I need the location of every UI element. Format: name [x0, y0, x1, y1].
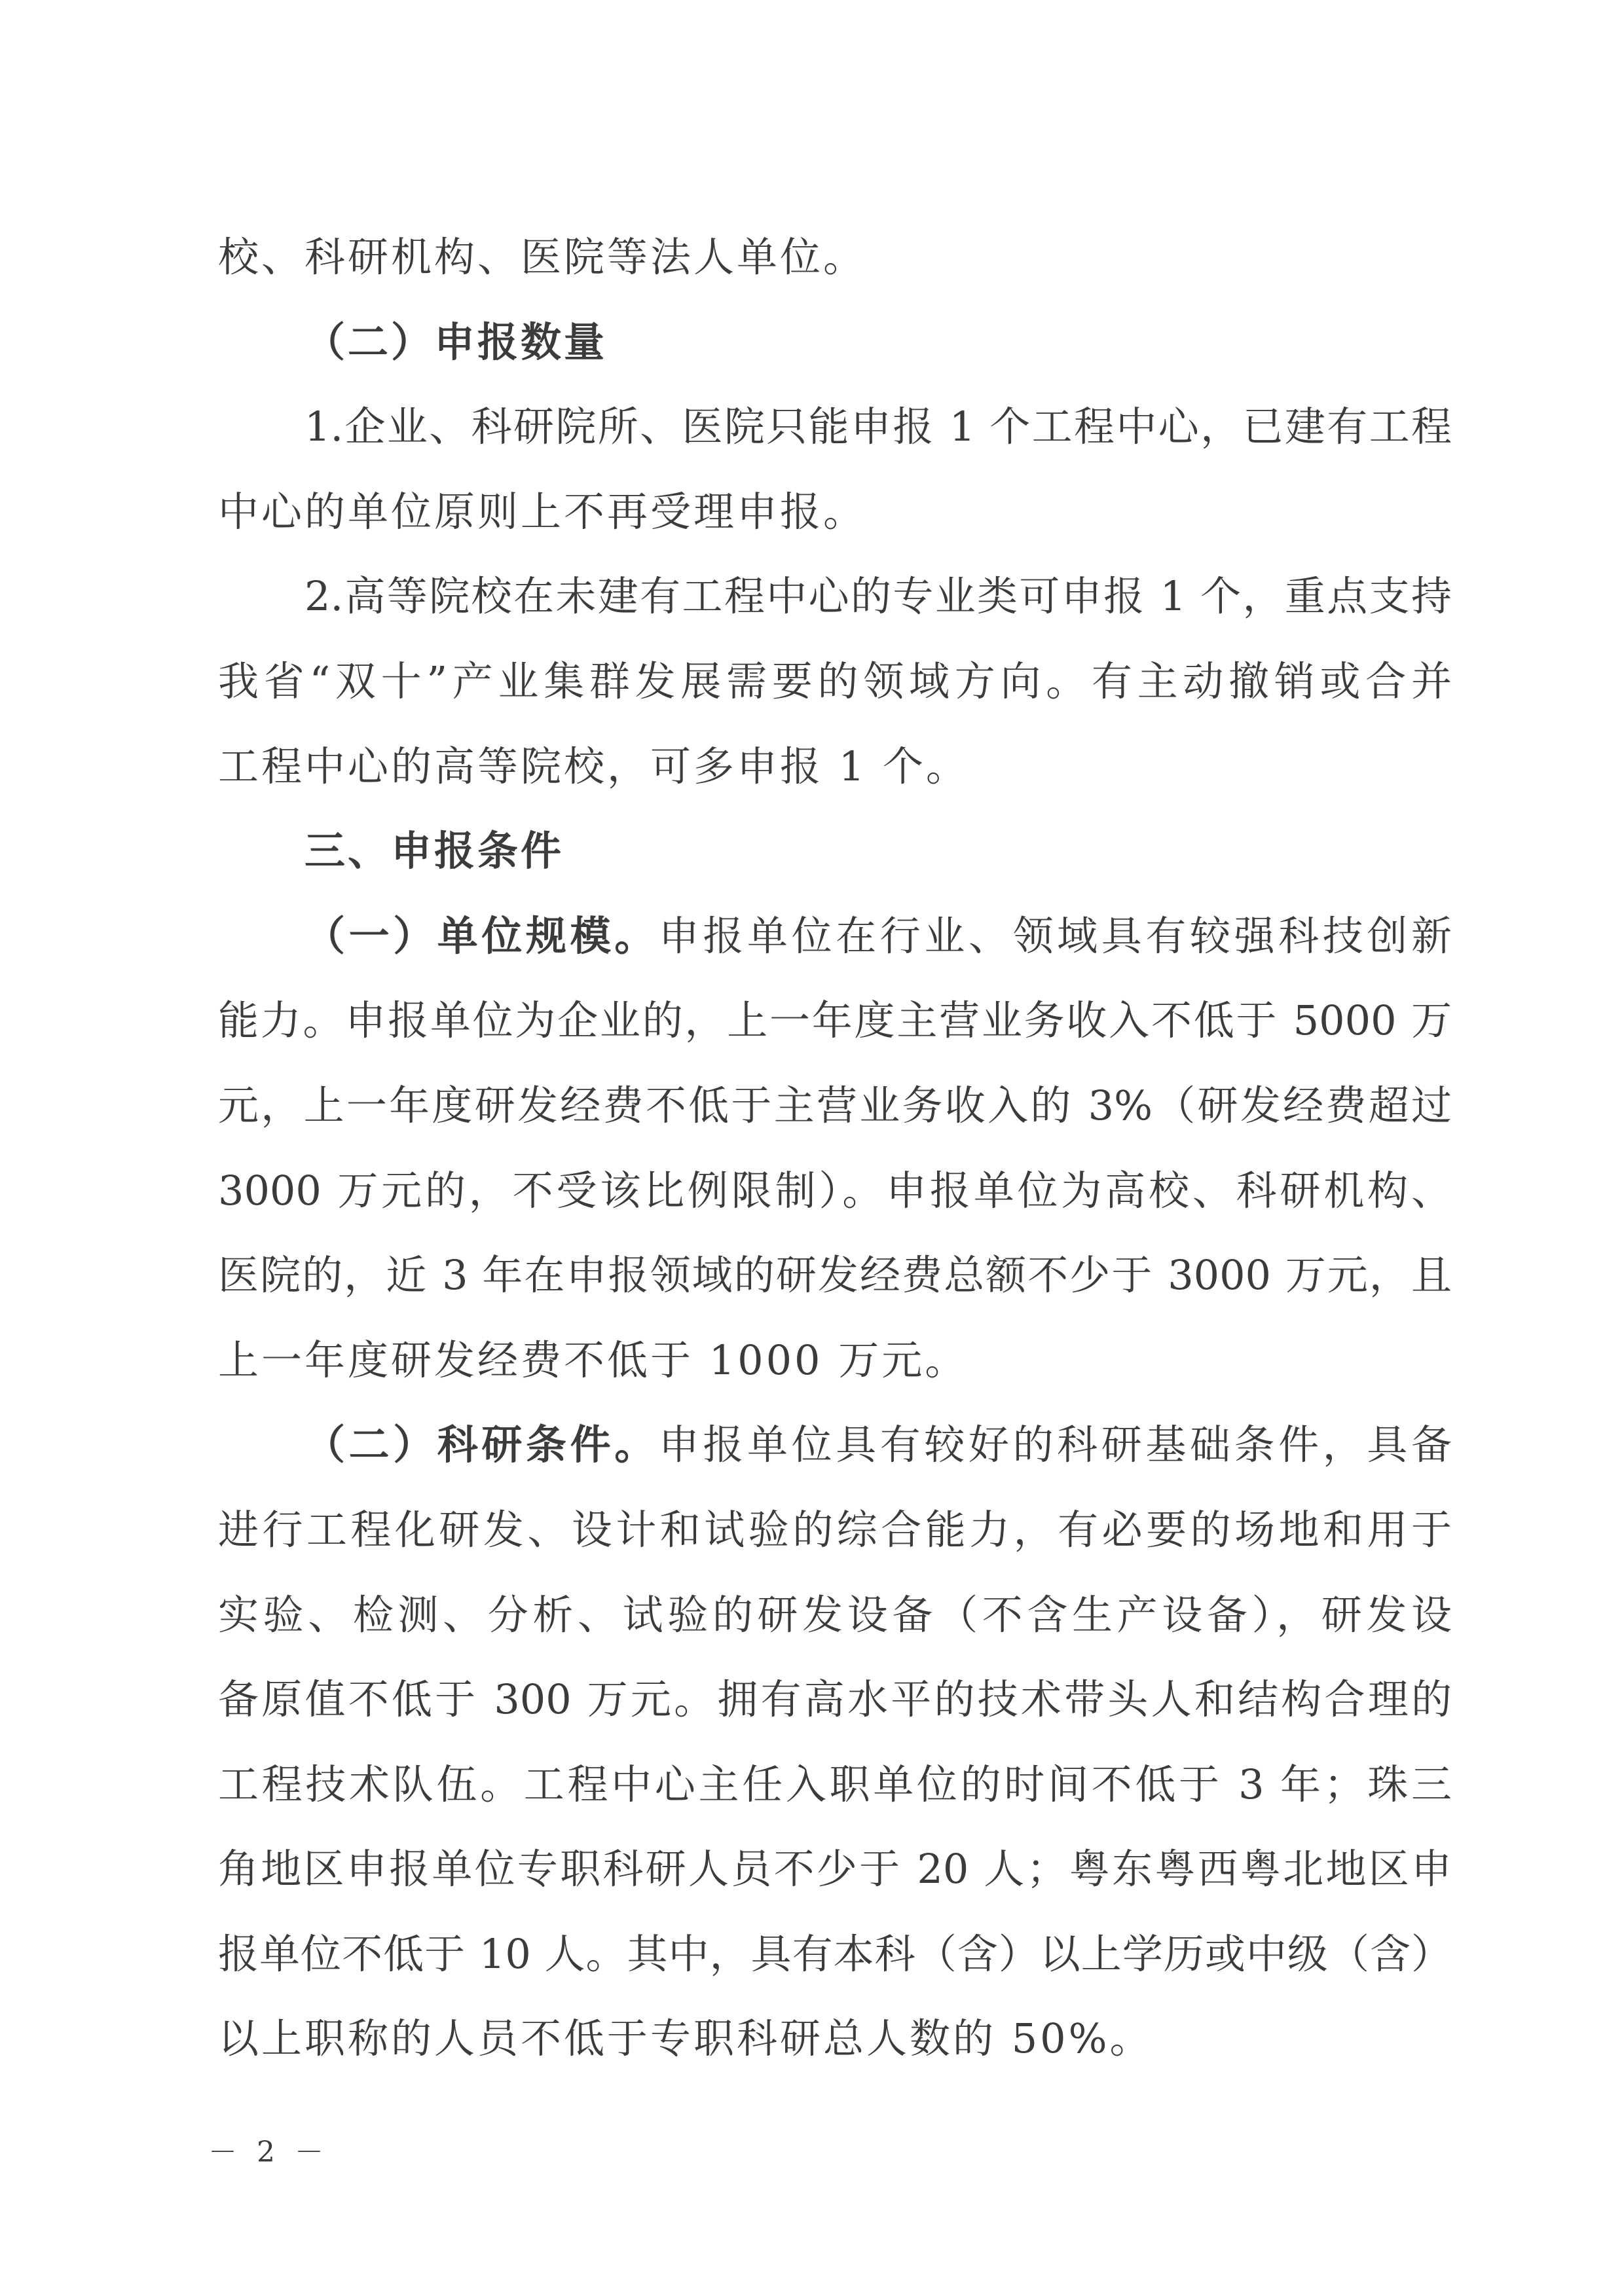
- paragraph-line: 能力。申报单位为企业的，上一年度主营业务收入不低于 5000 万: [218, 989, 1452, 1074]
- section-heading-quantity: （二）申报数量: [218, 311, 1452, 396]
- line-text: 报单位不低于 10 人。其中，具有本科（含）以上学历或中级（含）: [218, 1930, 1452, 1978]
- line-text: 实验、检测、分析、试验的研发设备（不含生产设备），研发设: [218, 1591, 1452, 1639]
- paragraph-line: 报单位不低于 10 人。其中，具有本科（含）以上学历或中级（含）: [218, 1923, 1452, 2008]
- line-text: 医院的，近 3 年在申报领域的研发经费总额不少于 3000 万元，且: [218, 1251, 1452, 1299]
- line-text: 元，上一年度研发经费不低于主营业务收入的 3%（研发经费超过: [218, 1082, 1452, 1129]
- line-text: 中心的单位原则上不再受理申报。: [218, 488, 866, 536]
- paragraph-line: （二）科研条件。申报单位具有较好的科研基础条件，具备: [218, 1413, 1452, 1499]
- line-text: 备原值不低于 300 万元。拥有高水平的技术带头人和结构合理的: [218, 1675, 1452, 1723]
- line-text: 2.高等院校在未建有工程中心的专业类可申报 1 个，重点支持: [304, 572, 1452, 620]
- paragraph-line: 中心的单位原则上不再受理申报。: [218, 481, 1452, 566]
- section-heading-conditions: 三、申报条件: [218, 820, 1452, 905]
- line-text: 工程中心的高等院校，可多申报 1 个。: [218, 742, 969, 790]
- line-text: 以上职称的人员不低于专职科研总人数的 50%。: [218, 2014, 1153, 2062]
- paragraph-line: 工程技术队伍。工程中心主任入职单位的时间不低于 3 年；珠三: [218, 1753, 1452, 1838]
- line-text: 上一年度研发经费不低于 1000 万元。: [218, 1336, 968, 1384]
- heading-text: （二）申报数量: [304, 318, 607, 366]
- line-text: 进行工程化研发、设计和试验的综合能力，有必要的场地和用于: [218, 1506, 1452, 1554]
- line-text: 角地区申报单位专职科研人员不少于 20 人；粤东粤西粤北地区申: [218, 1845, 1452, 1893]
- subheading-scale: （一）单位规模。: [304, 912, 659, 960]
- line-text: 申报单位具有较好的科研基础条件，具备: [659, 1421, 1452, 1468]
- paragraph-line: 角地区申报单位专职科研人员不少于 20 人；粤东粤西粤北地区申: [218, 1838, 1452, 1923]
- paragraph-line: 进行工程化研发、设计和试验的综合能力，有必要的场地和用于: [218, 1499, 1452, 1584]
- paragraph-line: 备原值不低于 300 万元。拥有高水平的技术带头人和结构合理的: [218, 1668, 1452, 1753]
- paragraph-line: 上一年度研发经费不低于 1000 万元。: [218, 1329, 1452, 1414]
- paragraph-line: 校、科研机构、医院等法人单位。: [218, 226, 1452, 311]
- line-text: 3000 万元的，不受该比例限制）。申报单位为高校、科研机构、: [218, 1167, 1452, 1214]
- paragraph-line: 实验、检测、分析、试验的研发设备（不含生产设备），研发设: [218, 1584, 1452, 1669]
- paragraph-line: （一）单位规模。申报单位在行业、领域具有较强科技创新: [218, 905, 1452, 990]
- page-number: － 2 －: [208, 2133, 329, 2172]
- line-text: 能力。申报单位为企业的，上一年度主营业务收入不低于 5000 万: [218, 996, 1452, 1044]
- paragraph-line: 3000 万元的，不受该比例限制）。申报单位为高校、科研机构、: [218, 1159, 1452, 1245]
- paragraph-line: 以上职称的人员不低于专职科研总人数的 50%。: [218, 2007, 1452, 2092]
- line-text: 工程技术队伍。工程中心主任入职单位的时间不低于 3 年；珠三: [218, 1760, 1452, 1808]
- paragraph-line: 工程中心的高等院校，可多申报 1 个。: [218, 735, 1452, 820]
- body-text: 校、科研机构、医院等法人单位。 （二）申报数量 1.企业、科研院所、医院只能申报…: [218, 226, 1452, 2092]
- line-text: 申报单位在行业、领域具有较强科技创新: [659, 912, 1452, 960]
- line-text: 我省“双十”产业集群发展需要的领域方向。有主动撤销或合并: [218, 657, 1452, 705]
- paragraph-line: 元，上一年度研发经费不低于主营业务收入的 3%（研发经费超过: [218, 1074, 1452, 1159]
- paragraph-line: 医院的，近 3 年在申报领域的研发经费总额不少于 3000 万元，且: [218, 1244, 1452, 1329]
- line-text: 1.企业、科研院所、医院只能申报 1 个工程中心，已建有工程: [304, 403, 1452, 450]
- paragraph-line: 2.高等院校在未建有工程中心的专业类可申报 1 个，重点支持: [218, 565, 1452, 650]
- paragraph-line: 1.企业、科研院所、医院只能申报 1 个工程中心，已建有工程: [218, 395, 1452, 481]
- subheading-research: （二）科研条件。: [304, 1421, 659, 1468]
- document-page: 校、科研机构、医院等法人单位。 （二）申报数量 1.企业、科研院所、医院只能申报…: [0, 0, 1624, 2296]
- line-text: 校、科研机构、医院等法人单位。: [218, 233, 866, 281]
- paragraph-line: 我省“双十”产业集群发展需要的领域方向。有主动撤销或合并: [218, 650, 1452, 735]
- heading-text: 三、申报条件: [304, 827, 564, 875]
